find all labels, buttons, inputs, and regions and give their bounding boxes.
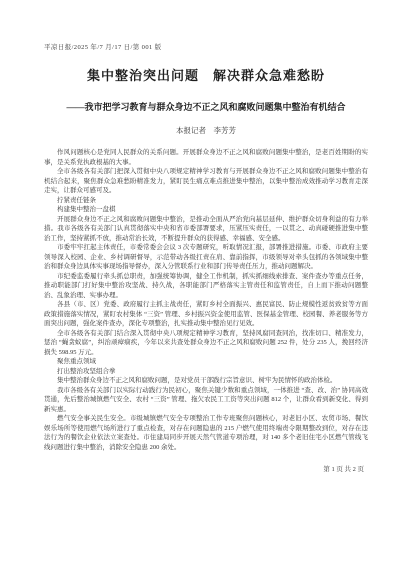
paragraph: 全市各级各有关部门把深入贯彻中央八项规定精神学习教育与开展群众身边不正之风和腐败… — [44, 167, 368, 196]
section-heading: 聚焦重点领域 — [44, 357, 368, 367]
article-subtitle: ——我市把学习教育与群众身边不正之风和腐败问题集中整治有机结合 — [44, 100, 368, 113]
section-heading: 打出整治攻坚组合拳 — [44, 367, 368, 377]
page-number: 第 1 页 共 2 页 — [44, 464, 368, 473]
paragraph: 集中整治群众身边不正之风和腐败问题，是对党员干部践行宗旨意识、树牢为民情怀的政治… — [44, 376, 368, 386]
paragraph: 我市各级各有关部门以实际行动践行为民初心，聚焦关键少数和重点领域，一体推进 “查… — [44, 386, 368, 415]
paragraph: 燃气安全事关民生安全。市级城镇燃气安全专项整治工作专班聚焦问题核心，对老旧小区、… — [44, 414, 368, 452]
section-heading: 构建集中整治一盘棋 — [44, 205, 368, 215]
paragraph: 全市各级各有关部门结合深入贯彻中央八项规定精神学习教育，坚持风腐同查同治，找准切… — [44, 329, 368, 358]
paragraph: 开展群众身边不正之风和腐败问题集中整治，是推动全面从严治党向基层延伸、维护群众切… — [44, 215, 368, 244]
publication-meta: 平凉日报/2025 年/7 月/17 日/第 001 版 — [44, 42, 368, 51]
newspaper-page: 平凉日报/2025 年/7 月/17 日/第 001 版 集中整治突出问题 解决… — [0, 0, 410, 580]
paragraph: 各县（市、区）党委、政府履行主抓主战责任，紧盯乡村全面振兴、惠民富民、防止规模性… — [44, 300, 368, 329]
paragraph: 作风问题核心是党同人民群众的关系问题。开展群众身边不正之风和腐败问题集中整治，是… — [44, 148, 368, 167]
paragraph: 市委牢牢扛起主体责任，市委常委会会议 3 次专题研究，听取情况汇报，部署推进措施… — [44, 243, 368, 272]
article-byline: 本报记者 李芳芳 — [44, 125, 368, 136]
paragraph: 市纪委监委履行牵头抓总职责，加强统筹协调，健全工作机制，抓实抓细线索排查、案件查… — [44, 272, 368, 301]
article-body: 作风问题核心是党同人民群众的关系问题。开展群众身边不正之风和腐败问题集中整治，是… — [44, 148, 368, 452]
section-heading: 拧紧责任链条 — [44, 196, 368, 206]
article-title: 集中整治突出问题 解决群众急难愁盼 — [44, 65, 368, 84]
